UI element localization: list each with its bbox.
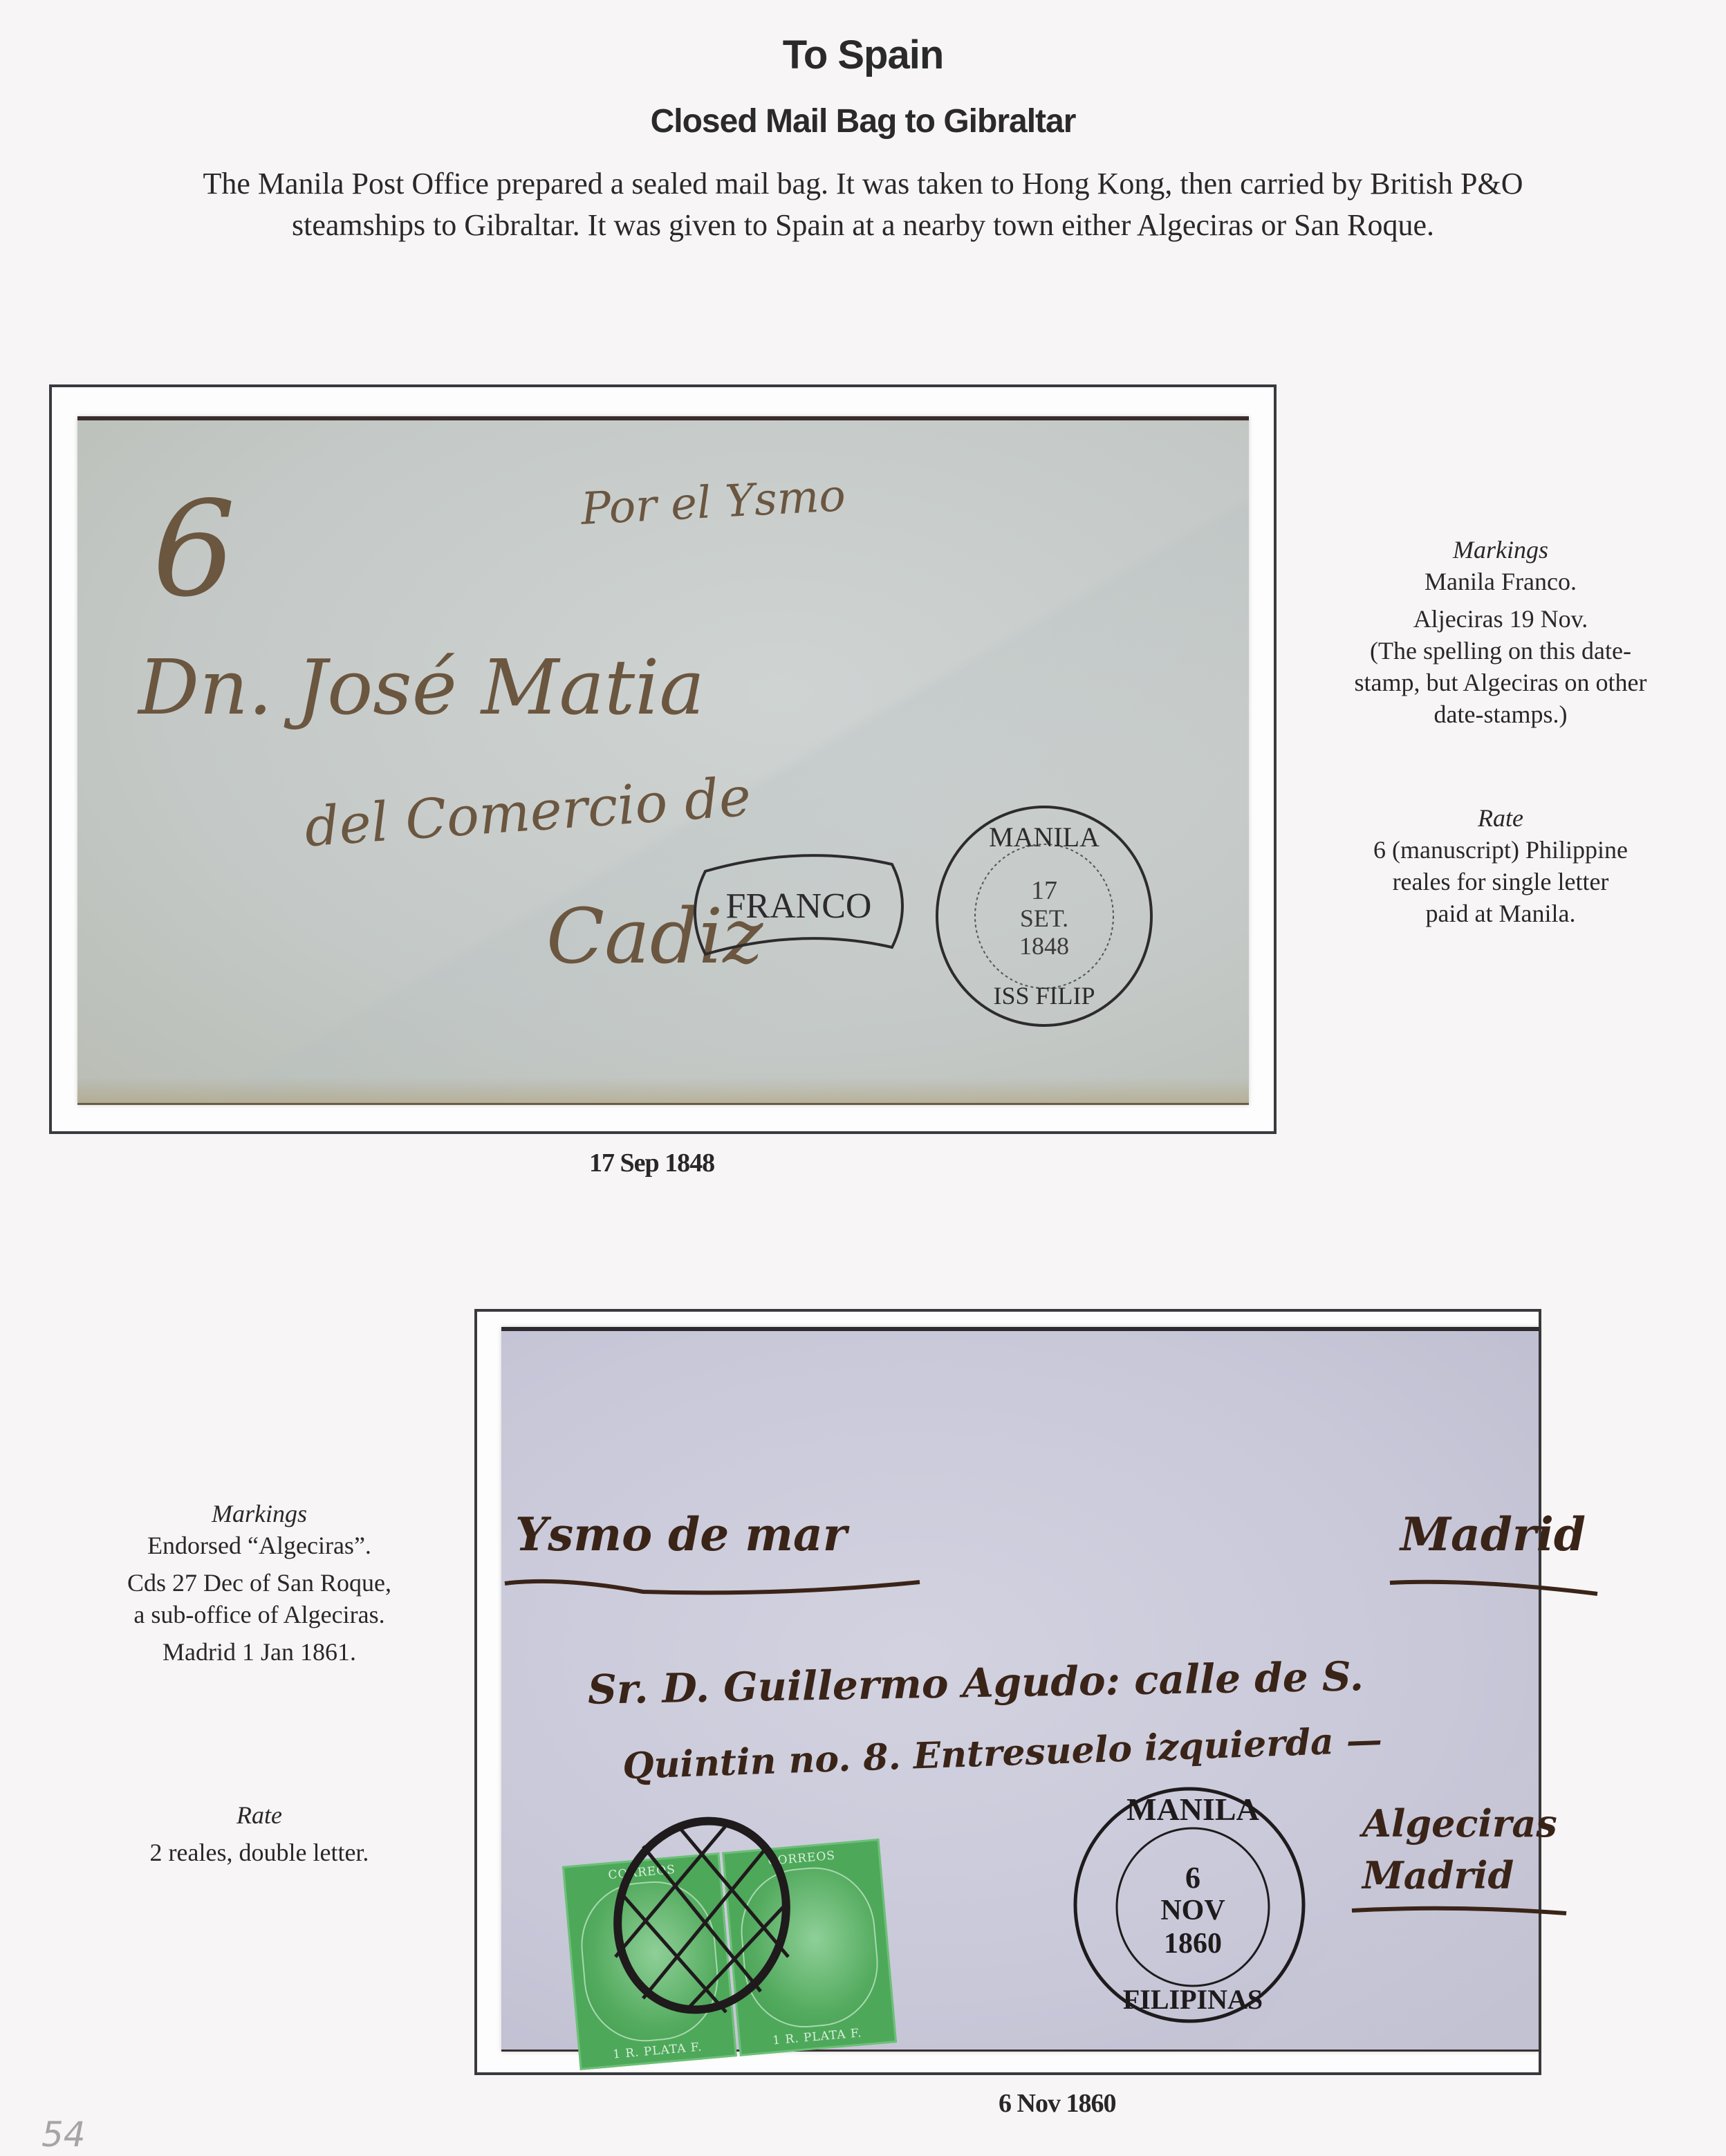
grid-cancel-icon: [602, 1819, 802, 2012]
rate-heading: Rate: [1290, 802, 1711, 834]
marking-line: a sub-office of Algeciras.: [97, 1599, 422, 1630]
rate-line: 6 (manuscript) Philippine: [1290, 834, 1711, 866]
marking-line: Aljeciras 19 Nov.: [1290, 603, 1711, 635]
cover-notes-1848: Markings Manila Franco. Aljeciras 19 Nov…: [1290, 534, 1711, 929]
svg-text:1860: 1860: [1164, 1928, 1222, 1960]
underline-stroke: [1352, 1905, 1573, 1919]
svg-text:SET.: SET.: [1020, 904, 1068, 932]
svg-text:MANILA: MANILA: [989, 821, 1099, 853]
page-title: To Spain: [0, 32, 1726, 78]
svg-text:MANILA: MANILA: [1126, 1792, 1259, 1827]
rate-line: reales for single letter: [1290, 866, 1711, 898]
intro-line: The Manila Post Office prepared a sealed…: [76, 163, 1650, 205]
cover-date-caption: 6 Nov 1860: [999, 2088, 1115, 2119]
manuscript-addressee: Dn. José Matia: [138, 643, 705, 732]
underline-stroke: [505, 1577, 934, 1597]
cover-notes-1860: Markings Endorsed “Algeciras”. Cds 27 De…: [97, 1498, 422, 1868]
intro-paragraph: The Manila Post Office prepared a sealed…: [76, 163, 1650, 246]
svg-text:17: 17: [1031, 876, 1057, 905]
rate-line: paid at Manila.: [1290, 898, 1711, 929]
marking-line: date-stamps.): [1290, 698, 1711, 730]
marking-line: (The spelling on this date-: [1290, 635, 1711, 667]
paper-toning: [77, 1077, 1249, 1105]
manuscript-endorsement-madrid: Madrid: [1362, 1853, 1514, 1897]
marking-line: Madrid 1 Jan 1861.: [97, 1636, 422, 1668]
manuscript-top-left: Ysmo de mar: [515, 1507, 847, 1561]
markings-heading: Markings: [97, 1498, 422, 1530]
cover-date-caption: 17 Sep 1848: [589, 1148, 714, 1178]
manuscript-rate-mark: 6: [152, 484, 236, 615]
marking-line: Manila Franco.: [1290, 566, 1711, 597]
svg-text:6: 6: [1185, 1861, 1200, 1895]
page-subtitle: Closed Mail Bag to Gibraltar: [0, 102, 1726, 140]
marking-line: Cds 27 Dec of San Roque,: [97, 1567, 422, 1599]
rate-heading: Rate: [97, 1799, 422, 1831]
rate-line: 2 reales, double letter.: [97, 1837, 422, 1868]
underline-stroke: [1390, 1579, 1611, 1599]
svg-text:1848: 1848: [1019, 932, 1069, 960]
svg-text:NOV: NOV: [1160, 1895, 1225, 1926]
svg-text:ISS FILIP: ISS FILIP: [993, 982, 1095, 1010]
svg-text:FILIPINAS: FILIPINAS: [1123, 1984, 1263, 2015]
page-number: 54: [41, 2115, 86, 2155]
franco-handstamp: FRANCO: [692, 844, 913, 968]
manuscript-top-right: Madrid: [1400, 1507, 1586, 1561]
manuscript-endorsement-algeciras: Algeciras: [1362, 1801, 1557, 1846]
manila-cds-1860: MANILA FILIPINAS 6 NOV 1860: [1065, 1784, 1314, 2026]
markings-heading: Markings: [1290, 534, 1711, 566]
svg-text:FRANCO: FRANCO: [726, 886, 872, 926]
marking-line: stamp, but Algeciras on other: [1290, 667, 1711, 698]
intro-line: steamships to Gibraltar. It was given to…: [76, 205, 1650, 246]
manila-cds-1848: MANILA ISS FILIP 17 SET. 1848: [930, 802, 1158, 1030]
marking-line: Endorsed “Algeciras”.: [97, 1530, 422, 1561]
